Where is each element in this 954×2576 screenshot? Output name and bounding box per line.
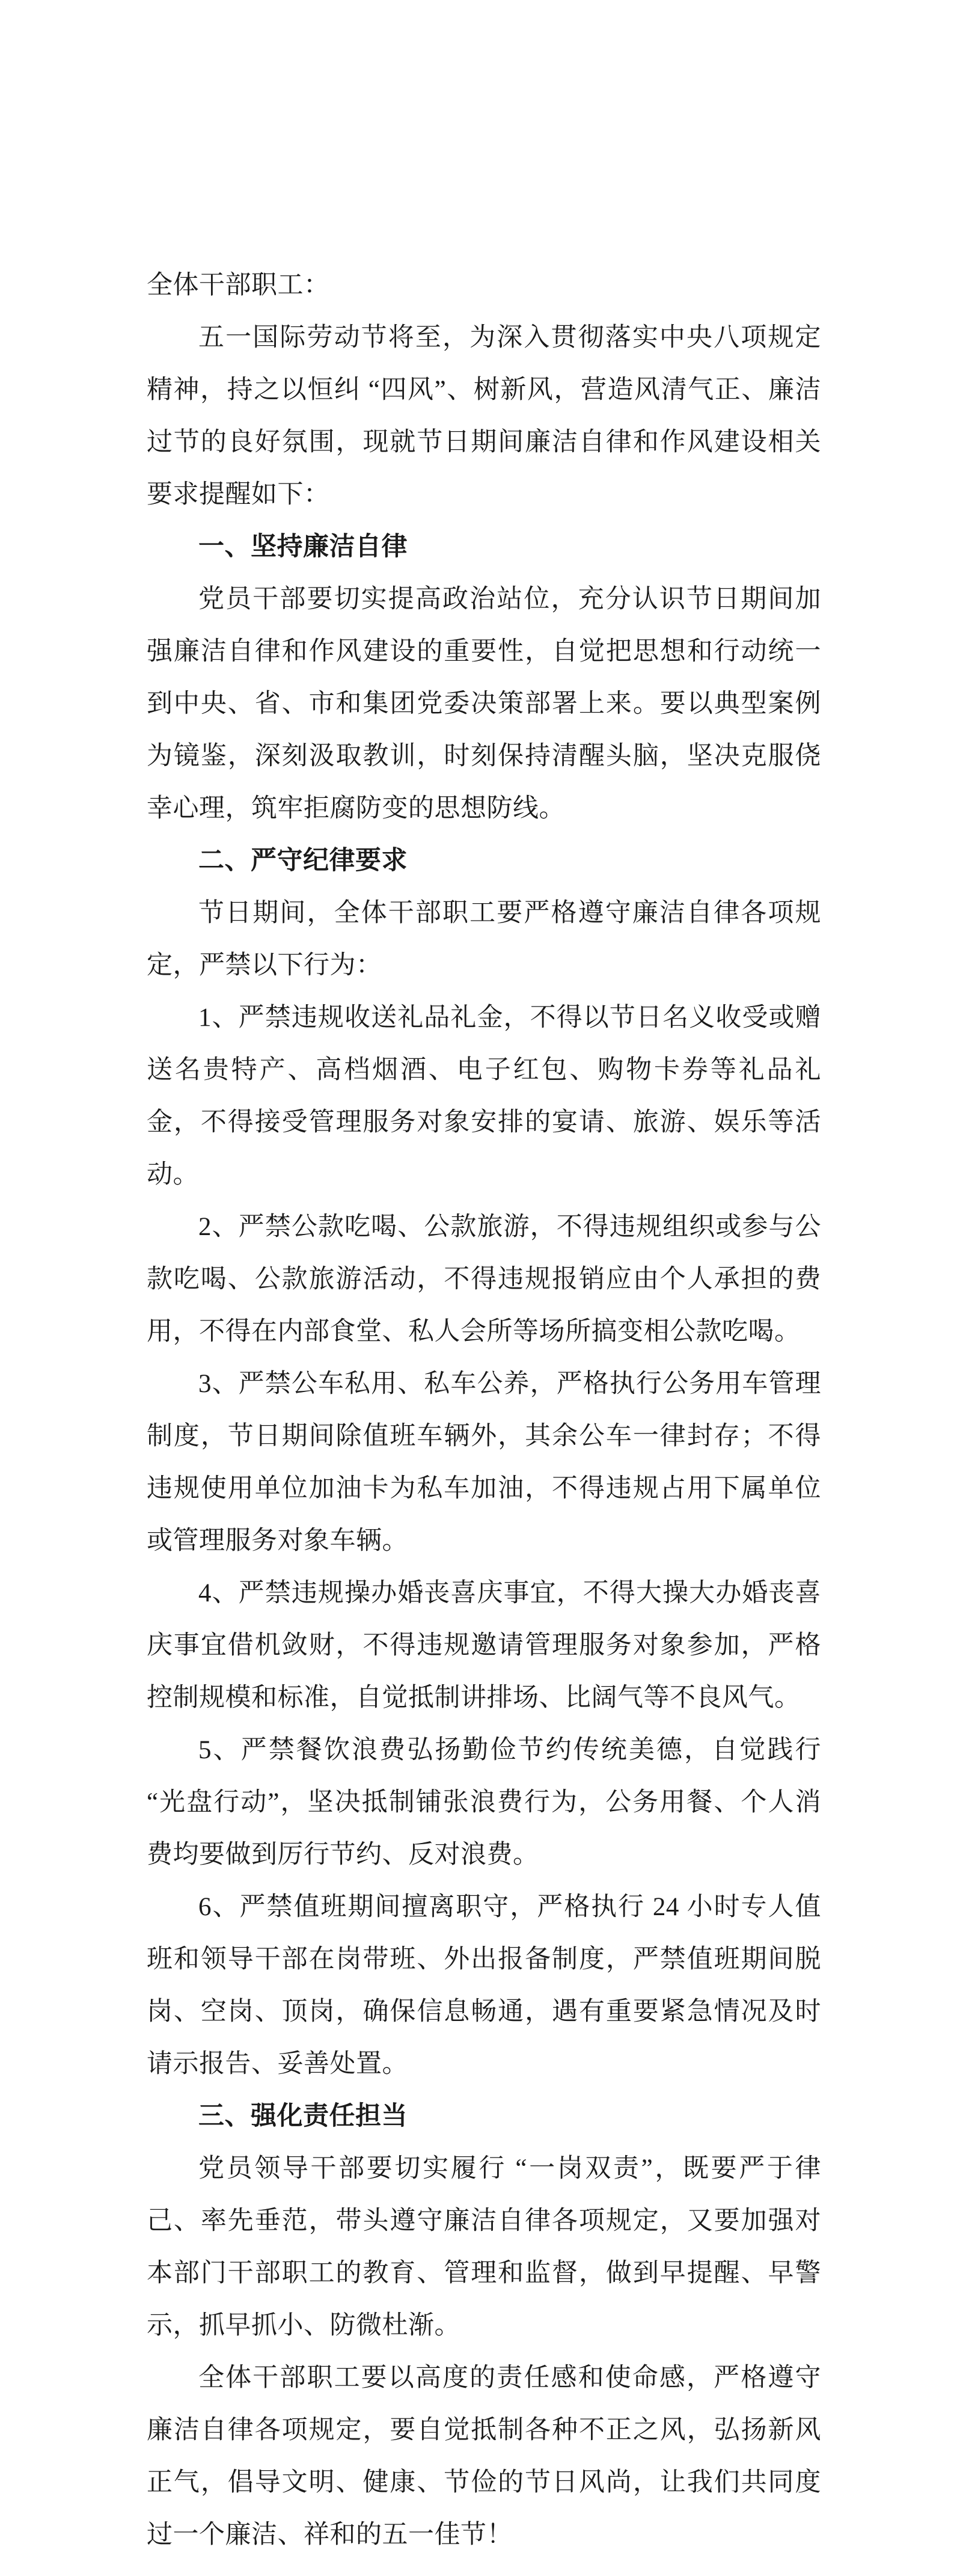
body-paragraph: 5、严禁餐饮浪费弘扬勤俭节约传统美德，自觉践行 “光盘行动”，坚决抵制铺张浪费行…	[147, 1724, 821, 1881]
body-paragraph: 党员领导干部要切实履行 “一岗双责”，既要严于律己、率先垂范，带头遵守廉洁自律各…	[147, 2142, 821, 2352]
body-paragraph: 全体干部职工要以高度的责任感和使命感，严格遵守廉洁自律各项规定，要自觉抵制各种不…	[147, 2352, 821, 2561]
salutation: 全体干部职工：	[147, 259, 821, 311]
document-body: 五一国际劳动节将至，为深入贯彻落实中央八项规定精神，持之以恒纠 “四风”、树新风…	[147, 311, 821, 2561]
body-paragraph: 2、严禁公款吃喝、公款旅游，不得违规组织或参与公款吃喝、公款旅游活动，不得违规报…	[147, 1201, 821, 1358]
body-paragraph: 节日期间，全体干部职工要严格遵守廉洁自律各项规定，严禁以下行为：	[147, 887, 821, 992]
body-paragraph: 1、严禁违规收送礼品礼金，不得以节日名义收受或赠送名贵特产、高档烟酒、电子红包、…	[147, 992, 821, 1201]
section-heading: 一、坚持廉洁自律	[147, 521, 821, 573]
document-page: 全体干部职工： 五一国际劳动节将至，为深入贯彻落实中央八项规定精神，持之以恒纠 …	[0, 0, 954, 2576]
body-paragraph: 党员干部要切实提高政治站位，充分认识节日期间加强廉洁自律和作风建设的重要性，自觉…	[147, 573, 821, 835]
body-paragraph: 五一国际劳动节将至，为深入贯彻落实中央八项规定精神，持之以恒纠 “四风”、树新风…	[147, 311, 821, 521]
body-paragraph: 4、严禁违规操办婚丧喜庆事宜，不得大操大办婚丧喜庆事宜借机敛财，不得违规邀请管理…	[147, 1567, 821, 1724]
section-heading: 三、强化责任担当	[147, 2090, 821, 2142]
body-paragraph: 6、严禁值班期间擅离职守，严格执行 24 小时专人值班和领导干部在岗带班、外出报…	[147, 1881, 821, 2090]
section-heading: 二、严守纪律要求	[147, 835, 821, 887]
document-content: 全体干部职工： 五一国际劳动节将至，为深入贯彻落实中央八项规定精神，持之以恒纠 …	[147, 259, 821, 2561]
body-paragraph: 3、严禁公车私用、私车公养，严格执行公务用车管理制度，节日期间除值班车辆外，其余…	[147, 1358, 821, 1567]
